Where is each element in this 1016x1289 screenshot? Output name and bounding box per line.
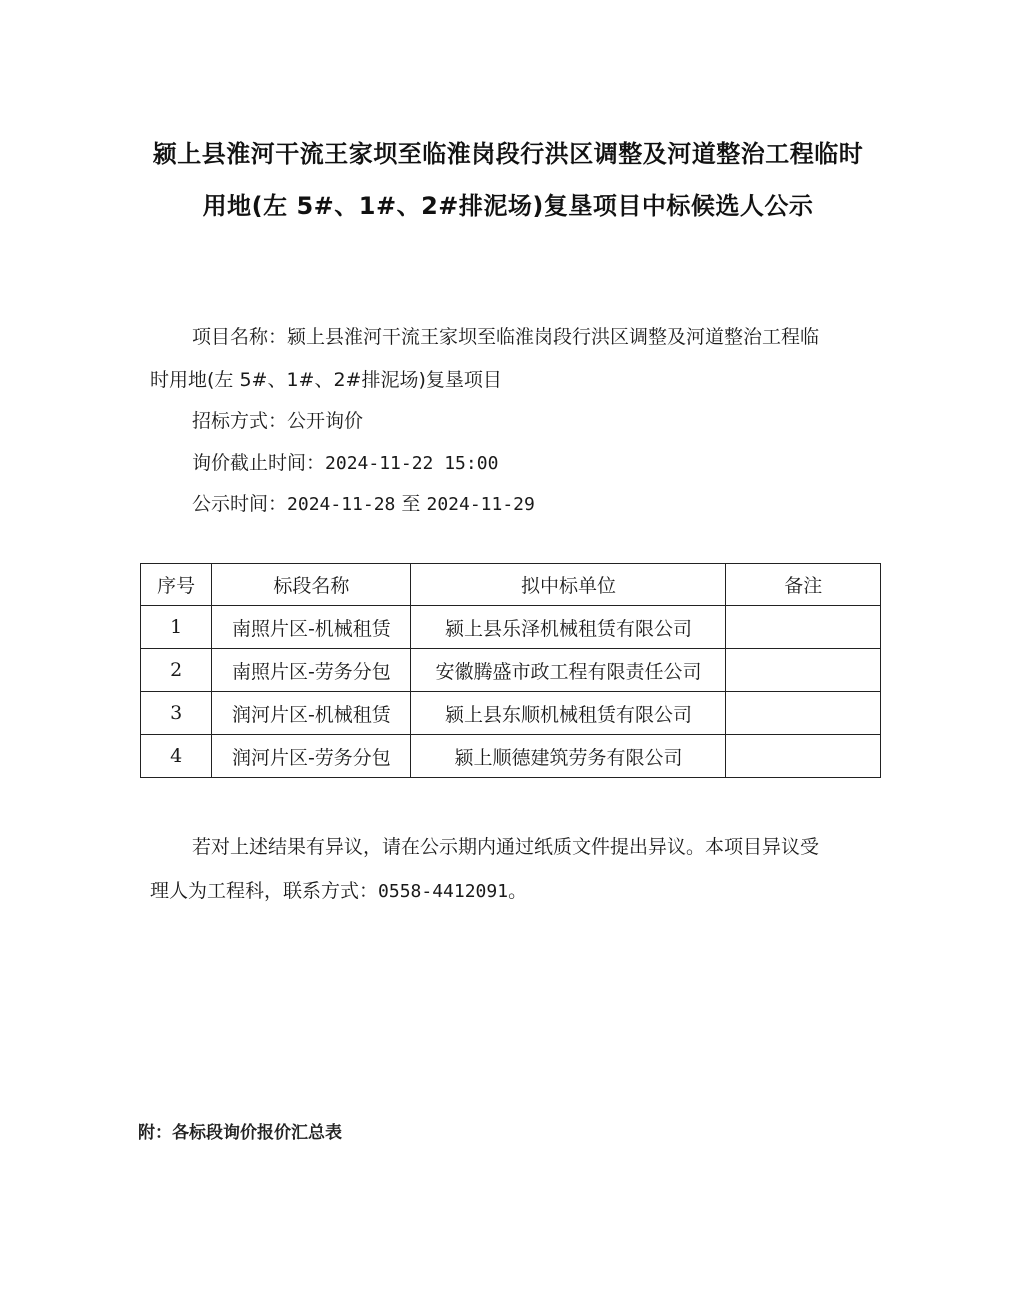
project-name-value-part-1: 颍上县淮河干流王家坝至临淮岗段行洪区调整及河道整治工程临 [287,326,819,348]
bid-method-value: 公开询价 [287,410,363,432]
remark [726,692,881,735]
objection-contact-prefix: 理人为工程科，联系方式： [150,880,378,902]
table-row: 3 润河片区-机械租赁 颍上县东顺机械租赁有限公司 [141,692,881,735]
table-header-row: 序号 标段名称 拟中标单位 备注 [141,564,881,606]
row-number: 4 [141,735,212,778]
header-section-name: 标段名称 [212,564,411,606]
project-name-label: 项目名称： [192,326,287,348]
bid-method-line: 招标方式：公开询价 [192,406,363,433]
objection-notice-line-2: 理人为工程科，联系方式：0558-4412091。 [150,876,527,903]
project-name-line-1: 项目名称：颍上县淮河干流王家坝至临淮岗段行洪区调整及河道整治工程临 [192,322,819,349]
section-name: 润河片区-劳务分包 [212,735,411,778]
document-title-line-1: 颍上县淮河干流王家坝至临淮岗段行洪区调整及河道整治工程临时 [0,134,1016,169]
remark [726,649,881,692]
section-name: 南照片区-机械租赁 [212,606,411,649]
section-name: 南照片区-劳务分包 [212,649,411,692]
remark [726,606,881,649]
header-remarks: 备注 [726,564,881,606]
publicity-to: 至 [395,493,426,515]
objection-notice-line-1: 若对上述结果有异议，请在公示期内通过纸质文件提出异议。本项目异议受 [192,832,819,859]
header-serial-number: 序号 [141,564,212,606]
proposed-winner: 安徽腾盛市政工程有限责任公司 [411,649,726,692]
header-proposed-winner: 拟中标单位 [411,564,726,606]
section-name: 润河片区-机械租赁 [212,692,411,735]
project-name-line-2: 时用地(左 5#、1#、2#排泥场)复垦项目 [150,365,502,392]
deadline-line: 询价截止时间：2024-11-22 15:00 [192,448,498,475]
table-row: 1 南照片区-机械租赁 颍上县乐泽机械租赁有限公司 [141,606,881,649]
row-number: 1 [141,606,212,649]
proposed-winner: 颍上顺德建筑劳务有限公司 [411,735,726,778]
remark [726,735,881,778]
publicity-end-date: 2024-11-29 [426,494,534,515]
proposed-winner: 颍上县乐泽机械租赁有限公司 [411,606,726,649]
proposed-winner: 颍上县东顺机械租赁有限公司 [411,692,726,735]
row-number: 2 [141,649,212,692]
attachment-note: 附：各标段询价报价汇总表 [138,1118,342,1143]
contact-phone: 0558-4412091 [378,881,508,902]
publicity-label: 公示时间： [192,493,287,515]
winning-candidates-table: 序号 标段名称 拟中标单位 备注 1 南照片区-机械租赁 颍上县乐泽机械租赁有限… [140,563,881,778]
table-row: 4 润河片区-劳务分包 颍上顺德建筑劳务有限公司 [141,735,881,778]
publicity-start-date: 2024-11-28 [287,494,395,515]
objection-suffix: 。 [508,880,527,902]
row-number: 3 [141,692,212,735]
deadline-value: 2024-11-22 15:00 [325,453,498,474]
deadline-label: 询价截止时间： [192,452,325,474]
table-row: 2 南照片区-劳务分包 安徽腾盛市政工程有限责任公司 [141,649,881,692]
publicity-period-line: 公示时间：2024-11-28 至 2024-11-29 [192,489,535,516]
document-title-line-2: 用地(左 5#、1#、2#排泥场)复垦项目中标候选人公示 [0,186,1016,221]
bid-method-label: 招标方式： [192,410,287,432]
